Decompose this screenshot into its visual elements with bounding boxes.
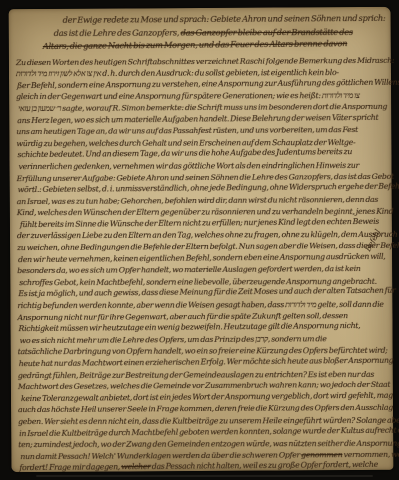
handwritten-text: Richtigkeit müssen wir heutzutage ein we… [18, 321, 360, 333]
handwritten-text: das ist die Lehre des Ganzopfers, [54, 28, 181, 38]
opening-verse-block: der Ewige redete zu Mose und sprach: Geb… [54, 12, 374, 54]
handwritten-line: schichte bedeutet. Und an diesem Tage, d… [17, 146, 385, 161]
struck-text: Altars, die ganze Nacht bis zum Morgen, … [43, 39, 347, 52]
handwritten-line: gleich in der Gegenwart und eine Ansporn… [16, 90, 384, 103]
handwritten-line: fordert! Frage mir dagegen, welcher das … [19, 459, 387, 474]
handwritten-line: verinnerlichen gedenken, vernehmen wir d… [19, 160, 385, 173]
handwritten-text: auch das höchste Heil unserer Seele in F… [18, 403, 393, 414]
handwritten-text: schichte bedeutet. Und an diesem Tage, d… [17, 147, 352, 159]
handwritten-line: heute hat nur das Machtwort einen erzieh… [19, 355, 387, 370]
handwritten-text: ten; zumindest jedoch, wo der Zwang den … [18, 439, 399, 449]
handwritten-text: ans Herz legen, wo es sich um materielle… [17, 112, 378, 124]
handwritten-text: richtig befunden werden konnte, aber wen… [17, 300, 383, 310]
handwritten-text: wo es sich nicht mehr um die Lehre des O… [20, 334, 327, 345]
handwritten-text: fühlt bereits im Sinne die Wünsche der E… [20, 217, 379, 229]
handwritten-text: vernommen, welche das Fest [342, 449, 399, 459]
handwritten-text: uns am heutigen Tage an, da wir uns auf … [16, 125, 358, 136]
handwritten-text: wörtl.: Gebieten selbst, d. i. unmissver… [18, 182, 399, 195]
handwritten-text: fordert! Frage mir dagegen, [19, 463, 121, 473]
handwritten-line: Es ist ja möglich, und auch gewiss, dass… [18, 285, 386, 300]
handwritten-line: der zuverlässigen Liebe zu den Eltern an… [17, 229, 385, 242]
handwritten-text: den wir heute vernehmen, keinen eigentli… [18, 251, 385, 263]
handwritten-text: das Pessach nicht halten, weil es zu gro… [151, 460, 378, 471]
handwritten-text: gleich in der Gegenwart und eine Ansporn… [16, 91, 360, 101]
handwritten-line: gedrängt fühlen, Beiträge zur Bestreitun… [18, 368, 386, 381]
handwritten-text: heute hat nur das Machtwort einen erzieh… [19, 356, 394, 368]
photograph-background: { "page": { "background_color": "#0c0b09… [0, 0, 399, 480]
handwritten-line: der Ewige redete zu Mose und sprach: Geb… [63, 12, 374, 27]
handwritten-text: besonders da, wo es sich um Opfer handel… [17, 264, 360, 275]
handwritten-line: richtig befunden werden konnte, aber wen… [17, 299, 385, 312]
handwritten-line: Altars, die ganze Nacht bis zum Morgen, … [43, 37, 375, 53]
handwritten-text: in Israel die Kultbeiträge durch Machtbe… [19, 425, 399, 438]
sermon-body-block: Zu diesen Worten des heutigen Schriftabs… [16, 54, 387, 474]
manuscript-page: der Ewige redete zu Mose und sprach: Geb… [9, 7, 394, 472]
struck-text: welcher [121, 462, 151, 471]
handwritten-text: gedrängt fühlen, Beiträge zur Bestreitun… [18, 369, 374, 379]
struck-text: das Ganzopfer bleibe auf der Brandstätte… [181, 27, 353, 38]
handwritten-text: ßer Befehl, sondern eine Anspornung zu v… [17, 77, 399, 90]
handwritten-text: verinnerlichen gedenken, vernehmen wir d… [19, 161, 359, 171]
handwritten-text: keine Toleranzgewalt anbietet, dort ist … [21, 390, 393, 402]
handwritten-text: Es ist ja möglich, und auch gewiss, dass… [18, 286, 395, 298]
handwritten-text: Zu diesen Worten des heutigen Schriftabs… [16, 55, 394, 66]
handwritten-text: der zuverlässigen Liebe zu den Eltern an… [17, 230, 398, 240]
handwritten-text: der Ewige redete zu Mose und sprach: Geb… [63, 13, 386, 25]
handwriting-layer: der Ewige redete zu Mose und sprach: Geb… [16, 12, 387, 474]
handwritten-line: ten; zumindest jedoch, wo der Zwang den … [18, 438, 386, 451]
handwritten-text: an Israel, was es zu tun habe; Gehorchen… [17, 195, 378, 206]
struck-text: genommen [301, 450, 342, 459]
